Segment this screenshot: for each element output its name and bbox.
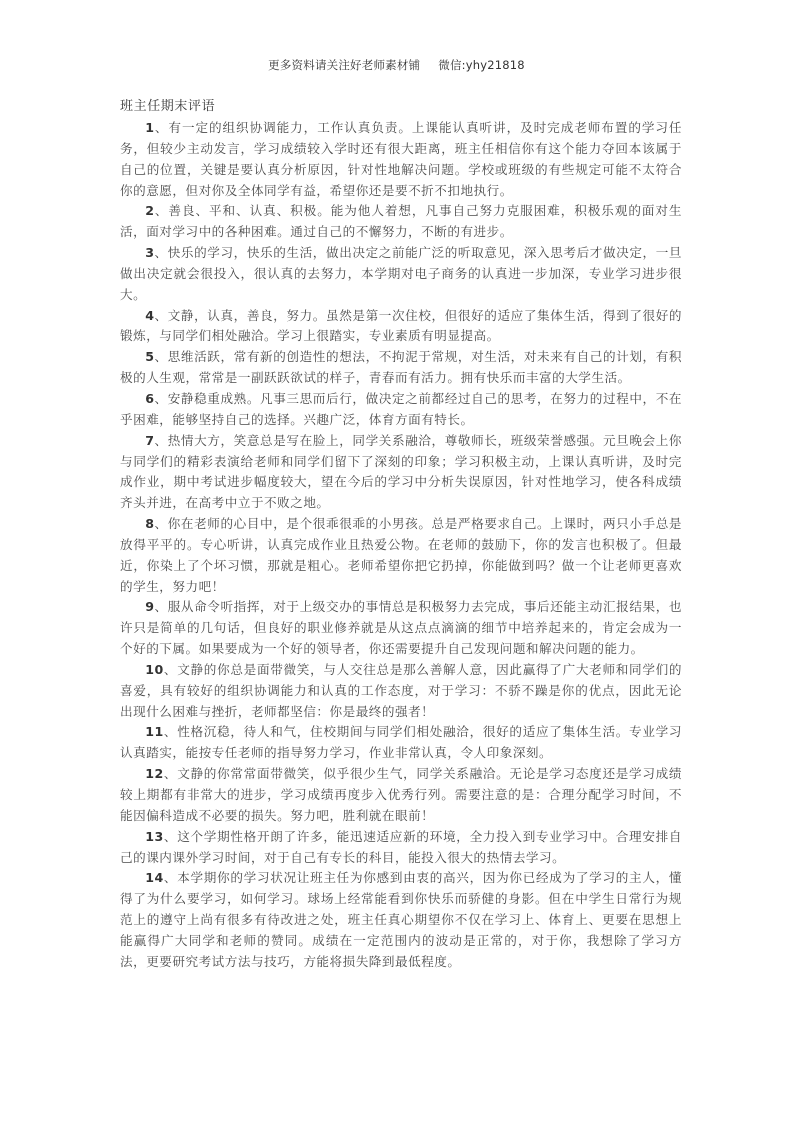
comment-paragraph-3: 3、快乐的学习，快乐的生活，做出决定之前能广泛的听取意见，深入思考后才做决定，一… [120,243,682,306]
paragraph-text: 、文静的你常常面带微笑，似乎很少生气，同学关系融洽。无论是学习态度还是学习成绩较… [120,766,682,823]
page-header: 更多资料请关注好老师素材铺微信:yhy21818 [0,57,793,73]
wechat-id: 微信:yhy21818 [438,58,525,72]
comment-paragraph-11: 11、性格沉稳，待人和气，住校期间与同学们相处融洽，很好的适应了集体生活。专业学… [120,722,682,764]
paragraph-number: 12 [145,766,164,781]
document-title: 班主任期末评语 [120,95,215,114]
comment-paragraph-1: 1、有一定的组织协调能力，工作认真负责。上课能认真听讲，及时完成老师布置的学习任… [120,118,682,201]
comment-paragraph-14: 14、本学期你的学习状况让班主任为你感到由衷的高兴，因为你已经成为了学习的主人，… [120,868,682,972]
comment-paragraph-10: 10、文静的你总是面带微笑，与人交往总是那么善解人意，因此赢得了广大老师和同学们… [120,660,682,723]
comment-paragraph-7: 7、热情大方，笑意总是写在脸上，同学关系融洽，尊敬师长，班级荣誉感强。元旦晚会上… [120,431,682,514]
paragraph-text: 、安静稳重成熟。凡事三思而后行，做决定之前都经过自己的思考，在努力的过程中，不在… [120,391,682,427]
paragraph-text: 、文静，认真，善良，努力。虽然是第一次住校，但很好的适应了集体生活，得到了很好的… [120,308,682,344]
paragraph-text: 、文静的你总是面带微笑，与人交往总是那么善解人意，因此赢得了广大老师和同学们的喜… [120,662,682,719]
paragraph-text: 、你在老师的心目中，是个很乖很乖的小男孩。总是严格要求自己。上课时，两只小手总是… [120,516,682,594]
comment-paragraph-8: 8、你在老师的心目中，是个很乖很乖的小男孩。总是严格要求自己。上课时，两只小手总… [120,514,682,597]
comment-paragraph-4: 4、文静，认真，善良，努力。虽然是第一次住校，但很好的适应了集体生活，得到了很好… [120,306,682,348]
paragraph-text: 、思维活跃，常有新的创造性的想法，不拘泥于常规，对生活，对未来有自己的计划，有积… [120,349,682,385]
comment-paragraph-6: 6、安静稳重成熟。凡事三思而后行，做决定之前都经过自己的思考，在努力的过程中，不… [120,389,682,431]
paragraph-number: 13 [145,829,164,844]
paragraph-text: 、有一定的组织协调能力，工作认真负责。上课能认真听讲，及时完成老师布置的学习任务… [120,120,682,198]
paragraph-number: 10 [145,662,164,677]
paragraph-text: 、快乐的学习，快乐的生活，做出决定之前能广泛的听取意见，深入思考后才做决定，一旦… [120,245,682,302]
comment-paragraph-5: 5、思维活跃，常有新的创造性的想法，不拘泥于常规，对生活，对未来有自己的计划，有… [120,347,682,389]
paragraph-number: 11 [145,724,164,739]
document-body: 1、有一定的组织协调能力，工作认真负责。上课能认真听讲，及时完成老师布置的学习任… [120,118,682,973]
paragraph-text: 、善良、平和、认真、积极。能为他人着想，凡事自己努力克服困难，积极乐观的面对生活… [120,203,682,239]
paragraph-number: 14 [145,870,164,885]
comment-paragraph-2: 2、善良、平和、认真、积极。能为他人着想，凡事自己努力克服困难，积极乐观的面对生… [120,201,682,243]
comment-paragraph-12: 12、文静的你常常面带微笑，似乎很少生气，同学关系融洽。无论是学习态度还是学习成… [120,764,682,827]
paragraph-text: 、服从命令听指挥，对于上级交办的事情总是积极努力去完成，事后还能主动汇报结果，也… [120,599,682,656]
source-note: 更多资料请关注好老师素材铺 [268,58,420,72]
paragraph-text: 、热情大方，笑意总是写在脸上，同学关系融洽，尊敬师长，班级荣誉感强。元旦晚会上你… [120,433,682,511]
paragraph-text: 、性格沉稳，待人和气，住校期间与同学们相处融洽，很好的适应了集体生活。专业学习认… [120,724,682,760]
comment-paragraph-9: 9、服从命令听指挥，对于上级交办的事情总是积极努力去完成，事后还能主动汇报结果，… [120,597,682,660]
paragraph-text: 、这个学期性格开朗了许多，能迅速适应新的环境，全力投入到专业学习中。合理安排自己… [120,829,682,865]
comment-paragraph-13: 13、这个学期性格开朗了许多，能迅速适应新的环境，全力投入到专业学习中。合理安排… [120,827,682,869]
paragraph-text: 、本学期你的学习状况让班主任为你感到由衷的高兴，因为你已经成为了学习的主人，懂得… [120,870,682,968]
